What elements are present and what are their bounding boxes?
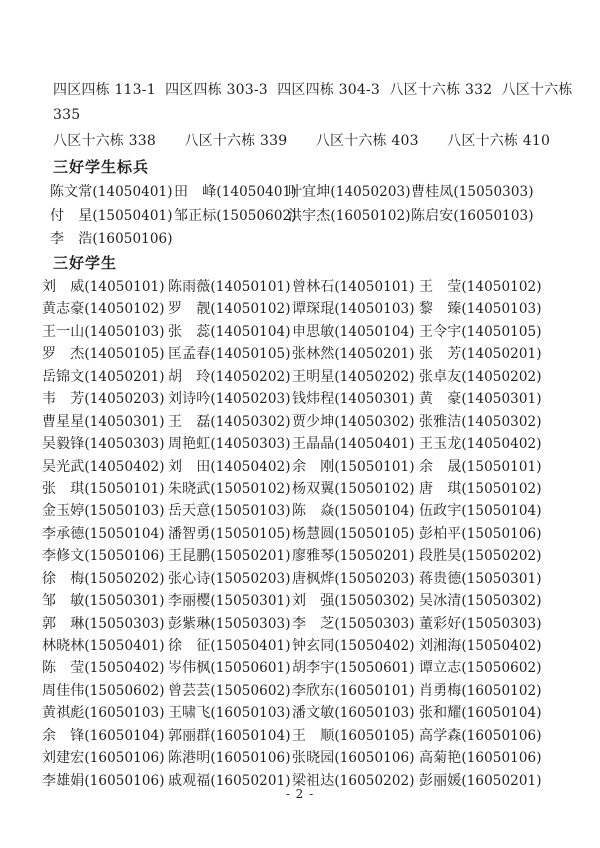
student-entry: 王玉龙14050402 <box>419 433 572 455</box>
student-name: 王令宇 <box>419 324 461 340</box>
student-entry: 谭琛琨14050103 <box>292 298 419 320</box>
student-name: 潘智勇 <box>168 526 210 542</box>
student-id: 15050302 <box>334 593 414 609</box>
student-name: 潘文敏 <box>292 705 334 721</box>
student-entry: 张心诗15050203 <box>168 568 292 590</box>
student-id: 16050106 <box>334 750 414 766</box>
student-id: 15050301 <box>210 593 290 609</box>
student-id: 15050401 <box>84 638 164 654</box>
student-entry: 张林然14050201 <box>292 343 419 365</box>
student-name: 王明星 <box>292 369 334 385</box>
student-name: 岑伟枫 <box>168 660 210 676</box>
student-id: 16050104 <box>210 728 290 744</box>
student-id: 15050303 <box>84 616 164 632</box>
student-id: 15050301 <box>461 571 541 587</box>
student-id: 14050301 <box>84 414 164 430</box>
student-entry: 李修文15050106 <box>42 545 168 567</box>
student-entry: 岳锦文14050201 <box>42 366 168 388</box>
student-name: 曾芸芸 <box>168 683 210 699</box>
student-id: 14050105 <box>461 324 541 340</box>
student-name: 陈雨薇 <box>168 279 210 295</box>
student-name: 余 晟 <box>419 459 461 475</box>
student-id: 14050302 <box>210 414 290 430</box>
student-id: 15050602 <box>210 683 290 699</box>
student-name: 邹正标 <box>174 208 216 224</box>
student-id: 14050302 <box>334 414 414 430</box>
student-id: 16050104 <box>461 705 541 721</box>
student-entry: 肖勇梅16050102 <box>419 680 572 702</box>
student-entry: 彭紫琳15050303 <box>168 613 292 635</box>
student-entry: 陈雨薇14050101 <box>168 276 292 298</box>
student-name: 曾林石 <box>292 279 334 295</box>
student-name: 刘建宏 <box>42 750 84 766</box>
student-entry: 徐 征15050401 <box>168 635 292 657</box>
dorm-rooms-line-1: 四区四栋 113-1 四区四栋 303-3 四区四栋 304-3 八区十六栋 3… <box>53 79 560 101</box>
student-name: 杨双翼 <box>292 481 334 497</box>
student-entry: 曹星星14050301 <box>42 411 168 433</box>
student-name: 王 顺 <box>292 728 334 744</box>
student-id: 16050106 <box>84 750 164 766</box>
student-id: 14050203 <box>330 184 410 200</box>
student-entry: 刘 强15050302 <box>292 590 419 612</box>
student-id: 15050101 <box>334 459 414 475</box>
student-id: 15050402 <box>461 638 541 654</box>
model-students-list: 陈文常14050401 田 峰14050401 叶宜坤14050203 曹桂凤1… <box>50 181 572 252</box>
student-name: 岳锦文 <box>42 369 84 385</box>
dorm-rooms-line-2: 八区十六栋 338 八区十六栋 339 八区十六栋 403 八区十六栋 410 <box>53 130 560 152</box>
student-entry: 李欣东16050101 <box>292 680 419 702</box>
student-id: 14050102 <box>210 301 290 317</box>
student-id: 15050201 <box>334 548 414 564</box>
student-entry: 陈 焱15050104 <box>292 500 419 522</box>
section-title-model-students: 三好学生标兵 <box>53 156 560 177</box>
student-id: 16050103 <box>210 705 290 721</box>
student-name: 陈 莹 <box>42 660 84 676</box>
student-entry: 韦 芳14050203 <box>42 388 168 410</box>
student-entry: 郭丽群16050104 <box>168 725 292 747</box>
student-id: 14050104 <box>210 324 290 340</box>
student-name: 匡孟春 <box>168 346 210 362</box>
student-entry: 罗 杰14050105 <box>42 343 168 365</box>
student-id: 16050102 <box>330 208 410 224</box>
student-name: 曹桂凤 <box>411 184 453 200</box>
student-entry: 王晶晶14050401 <box>292 433 419 455</box>
student-entry: 叶宜坤14050203 <box>288 181 411 205</box>
student-name: 钱炜程 <box>292 391 334 407</box>
student-id: 15050303 <box>334 616 414 632</box>
student-id: 15050203 <box>334 571 414 587</box>
student-id: 15050202 <box>461 548 541 564</box>
student-entry: 王令宇14050105 <box>419 321 572 343</box>
student-name: 田 峰 <box>174 184 216 200</box>
student-name: 彭柏平 <box>419 526 461 542</box>
student-id: 16050103 <box>84 705 164 721</box>
student-id: 14050301 <box>334 391 414 407</box>
student-entry: 陈港明16050106 <box>168 747 292 769</box>
student-entry: 余 刚15050101 <box>292 456 419 478</box>
student-id: 14050401 <box>334 436 414 452</box>
student-entry: 曾林石14050101 <box>292 276 419 298</box>
student-name: 高学森 <box>419 728 461 744</box>
student-entry: 金玉婷15050103 <box>42 500 168 522</box>
student-entry: 杨慧圆15050105 <box>292 523 419 545</box>
student-name: 蒋贵德 <box>419 571 461 587</box>
student-id: 14050202 <box>334 369 414 385</box>
student-name: 钟玄同 <box>292 638 334 654</box>
student-id: 15050202 <box>84 571 164 587</box>
student-entry: 张 蕊14050104 <box>168 321 292 343</box>
student-name: 邹 敏 <box>42 593 84 609</box>
student-name: 李欣东 <box>292 683 334 699</box>
student-entry: 钟玄同15050402 <box>292 635 419 657</box>
student-entry: 王 磊14050302 <box>168 411 292 433</box>
dorm-rooms-line-1-continuation: 335 <box>53 104 560 126</box>
student-name: 刘诗吟 <box>168 391 210 407</box>
student-id: 14050201 <box>84 369 164 385</box>
student-entry: 李 芝15050303 <box>292 613 419 635</box>
student-name: 李承德 <box>42 526 84 542</box>
student-id: 15050102 <box>461 481 541 497</box>
student-name: 张 琪 <box>42 481 84 497</box>
student-name: 余 刚 <box>292 459 334 475</box>
student-id: 16050106 <box>461 728 541 744</box>
student-name: 岳天意 <box>168 503 210 519</box>
student-name: 董彩好 <box>419 616 461 632</box>
student-name: 付 星 <box>50 208 92 224</box>
student-entry: 张晓园16050106 <box>292 747 419 769</box>
student-id: 15050602 <box>216 208 296 224</box>
student-name: 胡 玲 <box>168 369 210 385</box>
student-entry: 廖雅琴15050201 <box>292 545 419 567</box>
student-id: 15050401 <box>92 208 172 224</box>
student-name: 王玉龙 <box>419 436 461 452</box>
student-entry: 胡 玲14050202 <box>168 366 292 388</box>
student-id: 14050203 <box>84 391 164 407</box>
student-id: 14050202 <box>210 369 290 385</box>
student-entry: 伍政宇15050104 <box>419 500 572 522</box>
student-entry: 匡孟春14050105 <box>168 343 292 365</box>
student-name: 洪宇杰 <box>288 208 330 224</box>
student-name: 金玉婷 <box>42 503 84 519</box>
student-id: 14050101 <box>84 279 164 295</box>
student-id: 15050104 <box>84 526 164 542</box>
student-id: 15050601 <box>334 660 414 676</box>
student-entry: 杨双翼15050102 <box>292 478 419 500</box>
student-entry: 王明星14050202 <box>292 366 419 388</box>
student-entry: 王啸飞16050103 <box>168 702 292 724</box>
student-id: 16050106 <box>210 750 290 766</box>
student-id: 14050103 <box>84 324 164 340</box>
student-name: 曹星星 <box>42 414 84 430</box>
student-name: 胡李宇 <box>292 660 334 676</box>
student-id: 15050201 <box>210 548 290 564</box>
student-id: 14050301 <box>461 391 541 407</box>
student-entry: 贾少坤14050302 <box>292 411 419 433</box>
student-name: 王昆鹏 <box>168 548 210 564</box>
student-entry: 张 芳14050201 <box>419 343 572 365</box>
student-name: 谭立志 <box>419 660 461 676</box>
student-entry: 刘 威14050101 <box>42 276 168 298</box>
student-name: 韦 芳 <box>42 391 84 407</box>
student-id: 15050402 <box>84 660 164 676</box>
student-name: 徐 征 <box>168 638 210 654</box>
student-id: 15050301 <box>84 593 164 609</box>
student-id: 14050103 <box>334 301 414 317</box>
student-entry: 邹 敏15050301 <box>42 590 168 612</box>
student-name: 李 浩 <box>50 231 92 247</box>
student-name: 谭琛琨 <box>292 301 334 317</box>
student-entry: 潘文敏16050103 <box>292 702 419 724</box>
student-name: 唐枫烨 <box>292 571 334 587</box>
student-id: 14050102 <box>84 301 164 317</box>
student-name: 黄祺彪 <box>42 705 84 721</box>
student-name: 张心诗 <box>168 571 210 587</box>
student-entry: 洪宇杰16050102 <box>288 205 411 229</box>
student-id: 14050402 <box>84 459 164 475</box>
student-name: 张 芳 <box>419 346 461 362</box>
student-entry: 周艳虹14050303 <box>168 433 292 455</box>
student-entry: 张雅洁14050302 <box>419 411 572 433</box>
student-id: 15050203 <box>210 571 290 587</box>
student-id: 14050402 <box>461 436 541 452</box>
student-entry: 黄志豪14050102 <box>42 298 168 320</box>
student-id: 14050104 <box>334 324 414 340</box>
student-name: 杨慧圆 <box>292 526 334 542</box>
student-name: 周佳伟 <box>42 683 84 699</box>
student-id: 15050303 <box>453 184 533 200</box>
student-id: 14050303 <box>210 436 290 452</box>
student-name: 黄 豪 <box>419 391 461 407</box>
student-id: 14050105 <box>210 346 290 362</box>
student-id: 15050602 <box>84 683 164 699</box>
student-name: 朱晓武 <box>168 481 210 497</box>
student-entry: 刘诗吟14050203 <box>168 388 292 410</box>
student-name: 刘 威 <box>42 279 84 295</box>
student-entry: 朱晓武15050102 <box>168 478 292 500</box>
student-name: 余 锋 <box>42 728 84 744</box>
student-name: 陈港明 <box>168 750 210 766</box>
student-name: 王一山 <box>42 324 84 340</box>
student-id: 16050106 <box>92 231 172 247</box>
student-name: 林晓林 <box>42 638 84 654</box>
student-entry: 胡李宇15050601 <box>292 657 419 679</box>
student-name: 彭紫琳 <box>168 616 210 632</box>
student-id: 16050106 <box>461 750 541 766</box>
student-name: 罗 靓 <box>168 301 210 317</box>
student-name: 陈文常 <box>50 184 92 200</box>
student-entry: 吴光武14050402 <box>42 456 168 478</box>
student-name: 郭丽群 <box>168 728 210 744</box>
student-entry: 潘智勇15050105 <box>168 523 292 545</box>
student-id: 15050601 <box>210 660 290 676</box>
student-entry: 陈启安16050103 <box>411 205 572 229</box>
student-entry: 田 峰14050401 <box>174 181 288 205</box>
student-id: 14050402 <box>210 459 290 475</box>
student-name: 王啸飞 <box>168 705 210 721</box>
student-id: 15050106 <box>84 548 164 564</box>
student-name: 张林然 <box>292 346 334 362</box>
student-name: 郭 琳 <box>42 616 84 632</box>
student-entry: 林晓林15050401 <box>42 635 168 657</box>
student-name: 李 芝 <box>292 616 334 632</box>
student-id: 15050303 <box>210 616 290 632</box>
student-entry: 唐 琪15050102 <box>419 478 572 500</box>
student-id: 14050102 <box>461 279 541 295</box>
student-name: 王 莹 <box>419 279 461 295</box>
student-id: 14050101 <box>210 279 290 295</box>
student-name: 王晶晶 <box>292 436 334 452</box>
student-entry: 吴毅锋14050303 <box>42 433 168 455</box>
student-entry: 余 晟15050101 <box>419 456 572 478</box>
student-entry: 李丽樱15050301 <box>168 590 292 612</box>
student-entry: 段胜昊15050202 <box>419 545 572 567</box>
merit-students-list: 刘 威14050101 陈雨薇14050101 曾林石14050101 王 莹1… <box>42 276 572 792</box>
student-id: 15050103 <box>84 503 164 519</box>
student-id: 15050104 <box>334 503 414 519</box>
student-id: 14050401 <box>216 184 296 200</box>
student-name: 李丽樱 <box>168 593 210 609</box>
student-name: 吴冰清 <box>419 593 461 609</box>
student-entry: 张 琪15050101 <box>42 478 168 500</box>
student-name: 刘湘海 <box>419 638 461 654</box>
student-entry: 唐枫烨15050203 <box>292 568 419 590</box>
student-name: 张 蕊 <box>168 324 210 340</box>
student-id: 14050202 <box>461 369 541 385</box>
student-name: 唐 琪 <box>419 481 461 497</box>
student-id: 15050101 <box>461 459 541 475</box>
student-id: 15050303 <box>461 616 541 632</box>
student-name: 吴毅锋 <box>42 436 84 452</box>
student-name: 贾少坤 <box>292 414 334 430</box>
student-id: 14050201 <box>461 346 541 362</box>
student-id: 14050101 <box>334 279 414 295</box>
student-entry: 黎 臻14050103 <box>419 298 572 320</box>
student-entry: 郭 琳15050303 <box>42 613 168 635</box>
page-number: - 2 - <box>0 787 600 801</box>
student-name: 段胜昊 <box>419 548 461 564</box>
student-id: 14050103 <box>461 301 541 317</box>
student-name: 张雅洁 <box>419 414 461 430</box>
student-name: 陈 焱 <box>292 503 334 519</box>
student-id: 16050102 <box>461 683 541 699</box>
student-name: 周艳虹 <box>168 436 210 452</box>
student-name: 伍政宇 <box>419 503 461 519</box>
student-entry: 彭柏平15050106 <box>419 523 572 545</box>
student-name: 刘 田 <box>168 459 210 475</box>
student-entry: 王一山14050103 <box>42 321 168 343</box>
student-entry: 陈文常14050401 <box>50 181 174 205</box>
student-name: 王 磊 <box>168 414 210 430</box>
student-entry: 申思敏14050104 <box>292 321 419 343</box>
student-id: 15050302 <box>461 593 541 609</box>
student-name: 罗 杰 <box>42 346 84 362</box>
student-name: 张晓园 <box>292 750 334 766</box>
student-entry: 余 锋16050104 <box>42 725 168 747</box>
student-name: 李修文 <box>42 548 84 564</box>
student-name: 申思敏 <box>292 324 334 340</box>
student-id: 14050401 <box>92 184 172 200</box>
student-entry: 张卓友14050202 <box>419 366 572 388</box>
student-entry: 王 莹14050102 <box>419 276 572 298</box>
student-name: 徐 梅 <box>42 571 84 587</box>
student-id: 15050103 <box>210 503 290 519</box>
student-id: 14050302 <box>461 414 541 430</box>
student-name: 叶宜坤 <box>288 184 330 200</box>
student-id: 15050101 <box>84 481 164 497</box>
section-title-merit-students: 三好学生 <box>53 252 560 273</box>
student-entry: 李承德15050104 <box>42 523 168 545</box>
student-id: 15050105 <box>210 526 290 542</box>
student-entry: 李 浩16050106 <box>50 228 174 252</box>
student-id: 16050105 <box>334 728 414 744</box>
student-id: 16050104 <box>84 728 164 744</box>
student-name: 廖雅琴 <box>292 548 334 564</box>
student-id: 16050101 <box>334 683 414 699</box>
student-id: 15050102 <box>210 481 290 497</box>
student-id: 14050201 <box>334 346 414 362</box>
student-entry: 刘湘海15050402 <box>419 635 572 657</box>
student-id: 16050103 <box>453 208 533 224</box>
student-id: 14050303 <box>84 436 164 452</box>
student-id: 15050104 <box>461 503 541 519</box>
student-entry: 王 顺16050105 <box>292 725 419 747</box>
student-entry: 岑伟枫15050601 <box>168 657 292 679</box>
student-entry: 高菊艳16050106 <box>419 747 572 769</box>
student-name: 高菊艳 <box>419 750 461 766</box>
student-name: 吴光武 <box>42 459 84 475</box>
student-entry: 董彩好15050303 <box>419 613 572 635</box>
student-id: 15050105 <box>334 526 414 542</box>
student-name: 黎 臻 <box>419 301 461 317</box>
student-entry: 刘 田14050402 <box>168 456 292 478</box>
student-id: 15050401 <box>210 638 290 654</box>
student-id: 15050102 <box>334 481 414 497</box>
student-id: 16050103 <box>334 705 414 721</box>
student-name: 张和耀 <box>419 705 461 721</box>
student-entry: 邹正标15050602 <box>174 205 288 229</box>
student-entry: 曾芸芸15050602 <box>168 680 292 702</box>
student-entry: 徐 梅15050202 <box>42 568 168 590</box>
student-entry: 钱炜程14050301 <box>292 388 419 410</box>
student-entry: 付 星15050401 <box>50 205 174 229</box>
student-entry: 周佳伟15050602 <box>42 680 168 702</box>
student-entry: 曹桂凤15050303 <box>411 181 572 205</box>
student-name: 张卓友 <box>419 369 461 385</box>
student-name: 黄志豪 <box>42 301 84 317</box>
student-entry: 黄祺彪16050103 <box>42 702 168 724</box>
student-id: 15050106 <box>461 526 541 542</box>
student-id: 15050402 <box>334 638 414 654</box>
student-name: 陈启安 <box>411 208 453 224</box>
student-entry: 刘建宏16050106 <box>42 747 168 769</box>
student-id: 15050602 <box>461 660 541 676</box>
student-entry: 黄 豪14050301 <box>419 388 572 410</box>
student-name: 刘 强 <box>292 593 334 609</box>
student-entry: 蒋贵德15050301 <box>419 568 572 590</box>
student-entry: 王昆鹏15050201 <box>168 545 292 567</box>
student-entry: 吴冰清15050302 <box>419 590 572 612</box>
student-entry: 张和耀16050104 <box>419 702 572 724</box>
student-name: 肖勇梅 <box>419 683 461 699</box>
student-entry: 罗 靓14050102 <box>168 298 292 320</box>
student-entry: 陈 莹15050402 <box>42 657 168 679</box>
student-entry: 谭立志15050602 <box>419 657 572 679</box>
student-id: 14050203 <box>210 391 290 407</box>
student-entry: 岳天意15050103 <box>168 500 292 522</box>
student-id: 14050105 <box>84 346 164 362</box>
student-entry: 高学森16050106 <box>419 725 572 747</box>
